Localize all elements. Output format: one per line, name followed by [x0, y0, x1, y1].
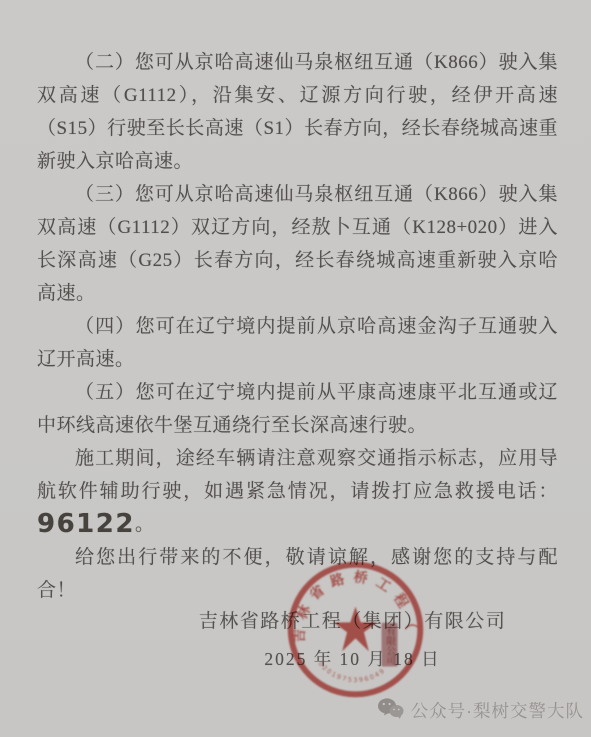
safety-notice-text: 施工期间，途经车辆请注意观察交通指示标志，应用导航软件辅助行驶，如遇紧急情况，请… [37, 448, 558, 502]
signature-block: 吉林省路桥工程（集团）有限公司 2025 年 10 月 18 日 [155, 606, 550, 671]
wechat-watermark: 公众号·梨树交警大队 [377, 697, 584, 724]
paragraph-closing-apology: 给您出行带来的不便，敬请谅解，感谢您的支持与配合！ [37, 541, 558, 607]
wechat-icon [377, 697, 404, 724]
document-body: （二）您可从京哈高速仙马泉枢纽互通（K866）驶入集双高速（G1112），沿集安… [37, 46, 558, 607]
company-name: 吉林省路桥工程（集团）有限公司 [155, 606, 550, 633]
paragraph-detour-4: （四）您可在辽宁境内提前从京哈高速金沟子互通驶入辽开高速。 [37, 310, 558, 376]
scanned-notice-page: { "page": { "background_color": "#c9c8c6… [0, 0, 591, 737]
document-date: 2025 年 10 月 18 日 [155, 646, 550, 671]
wechat-account-label: 公众号·梨树交警大队 [411, 698, 584, 723]
paragraph-detour-2: （二）您可从京哈高速仙马泉枢纽互通（K866）驶入集双高速（G1112），沿集安… [37, 46, 558, 178]
safety-notice-period: 。 [135, 514, 155, 535]
paragraph-detour-5: （五）您可在辽宁境内提前从平康高速康平北互通或辽中环线高速依牛堡互通绕行至长深高… [37, 376, 558, 442]
paragraph-detour-3: （三）您可从京哈高速仙马泉枢纽互通（K866）驶入集双高速（G1112）双辽方向… [37, 178, 558, 310]
paragraph-safety-notice: 施工期间，途经车辆请注意观察交通指示标志，应用导航软件辅助行驶，如遇紧急情况，请… [37, 442, 558, 541]
emergency-phone-number: 96122 [37, 509, 135, 539]
